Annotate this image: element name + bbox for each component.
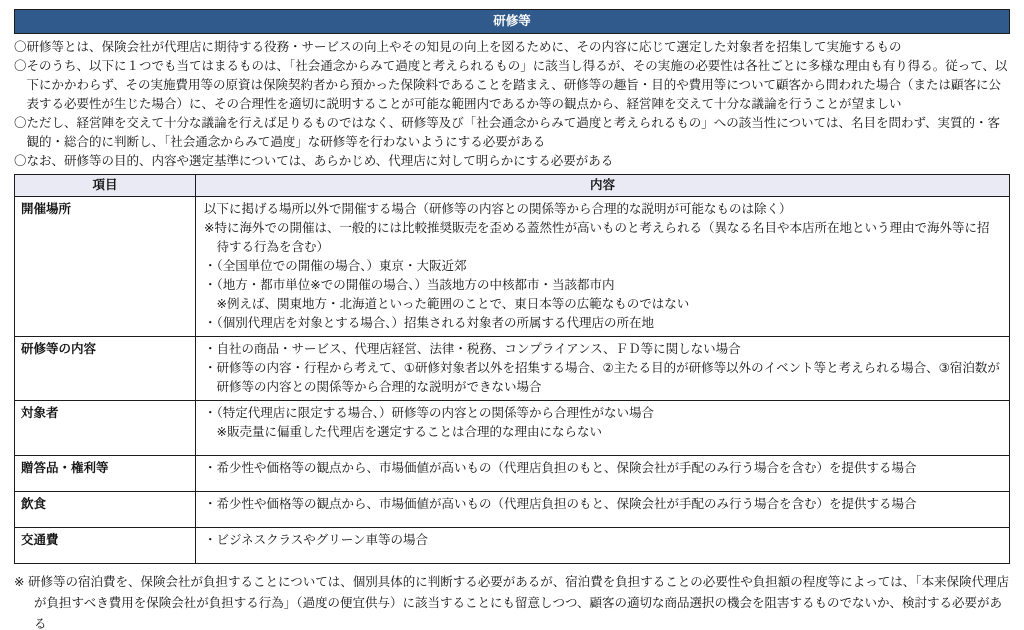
row-content: ・希少性や価格等の観点から、市場価値が高いもの（代理店負担のもと、保険会社が手配… xyxy=(196,492,1010,528)
table-row: 対象者・（特定代理店に限定する場合、）研修等の内容との関係等から合理性がない場合… xyxy=(15,401,1010,456)
section-title-bar: 研修等 xyxy=(14,9,1010,34)
column-header-item: 項目 xyxy=(15,175,196,197)
table-row: 飲食・希少性や価格等の観点から、市場価値が高いもの（代理店負担のもと、保険会社が… xyxy=(15,492,1010,528)
row-content: ・（特定代理店に限定する場合、）研修等の内容との関係等から合理性がない場合※販売… xyxy=(196,401,1010,456)
column-header-content: 内容 xyxy=(196,175,1010,197)
row-item-label: 研修等の内容 xyxy=(15,337,196,401)
table-row: 交通費・ビジネスクラスやグリーン車等の場合 xyxy=(15,528,1010,564)
row-item-label: 贈答品・権利等 xyxy=(15,456,196,492)
criteria-table: 項目 内容 開催場所以下に掲げる場所以外で開催する場合（研修等の内容との関係等か… xyxy=(14,174,1010,564)
row-content: ・自社の商品・サービス、代理店経営、法律・税務、コンプライアンス、ＦＤ等に関しな… xyxy=(196,337,1010,401)
row-item-label: 飲食 xyxy=(15,492,196,528)
content-line: 以下に掲げる場所以外で開催する場合（研修等の内容との関係等から合理的な説明が可能… xyxy=(204,200,1001,219)
intro-bullet: 〇ただし、経営陣を交えて十分な議論を行えば足りるものではなく、研修等及び「社会通… xyxy=(14,114,1010,152)
content-line: ※特に海外での開催は、一般的には比較推奨販売を歪める蓋然性が高いものと考えられる… xyxy=(204,219,1001,257)
intro-paragraphs: 〇研修等とは、保険会社が代理店に期待する役務・サービスの向上やその知見の向上を図… xyxy=(14,38,1010,171)
table-header-row: 項目 内容 xyxy=(15,175,1010,197)
intro-bullet: 〇そのうち、以下に１つでも当てはまるものは、「社会通念からみて過度と考えられるも… xyxy=(14,57,1010,114)
row-item-label: 開催場所 xyxy=(15,197,196,337)
content-line: ・（地方・都市単位※での開催の場合、）当該地方の中核都市・当該都市内 xyxy=(204,276,1001,295)
row-content: ・ビジネスクラスやグリーン車等の場合 xyxy=(196,528,1010,564)
row-item-label: 交通費 xyxy=(15,528,196,564)
row-item-label: 対象者 xyxy=(15,401,196,456)
table-row: 研修等の内容・自社の商品・サービス、代理店経営、法律・税務、コンプライアンス、Ｆ… xyxy=(15,337,1010,401)
table-row: 贈答品・権利等・希少性や価格等の観点から、市場価値が高いもの（代理店負担のもと、… xyxy=(15,456,1010,492)
content-line: ・希少性や価格等の観点から、市場価値が高いもの（代理店負担のもと、保険会社が手配… xyxy=(204,459,1001,478)
intro-bullet: 〇なお、研修等の目的、内容や選定基準については、あらかじめ、代理店に対して明らか… xyxy=(14,152,1010,171)
intro-bullet: 〇研修等とは、保険会社が代理店に期待する役務・サービスの向上やその知見の向上を図… xyxy=(14,38,1010,57)
table-row: 開催場所以下に掲げる場所以外で開催する場合（研修等の内容との関係等から合理的な説… xyxy=(15,197,1010,337)
content-line: ・（全国単位での開催の場合、）東京・大阪近郊 xyxy=(204,257,1001,276)
content-line: ・希少性や価格等の観点から、市場価値が高いもの（代理店負担のもと、保険会社が手配… xyxy=(204,495,1001,514)
content-line: ・ビジネスクラスやグリーン車等の場合 xyxy=(204,531,1001,550)
content-line: ・自社の商品・サービス、代理店経営、法律・税務、コンプライアンス、ＦＤ等に関しな… xyxy=(204,340,1001,359)
row-content: 以下に掲げる場所以外で開催する場合（研修等の内容との関係等から合理的な説明が可能… xyxy=(196,197,1010,337)
content-line: ・研修等の内容・行程から考えて、①研修対象者以外を招集する場合、②主たる目的が研… xyxy=(204,359,1001,397)
document-page: 研修等 〇研修等とは、保険会社が代理店に期待する役務・サービスの向上やその知見の… xyxy=(0,0,1024,630)
content-line: ※販売量に偏重した代理店を選定することは合理的な理由にならない xyxy=(217,423,1002,442)
content-line: ※例えば、関東地方・北海道といった範囲のことで、東日本等の広範なものではない xyxy=(217,295,1002,314)
section-title: 研修等 xyxy=(493,14,531,28)
content-line: ・（個別代理店を対象とする場合、）招集される対象者の所属する代理店の所在地 xyxy=(204,314,1001,333)
row-content: ・希少性や価格等の観点から、市場価値が高いもの（代理店負担のもと、保険会社が手配… xyxy=(196,456,1010,492)
content-line: ・（特定代理店に限定する場合、）研修等の内容との関係等から合理性がない場合 xyxy=(204,404,1001,423)
footnote: ※ 研修等の宿泊費を、保険会社が負担することについては、個別具体的に判断する必要… xyxy=(14,572,1010,630)
